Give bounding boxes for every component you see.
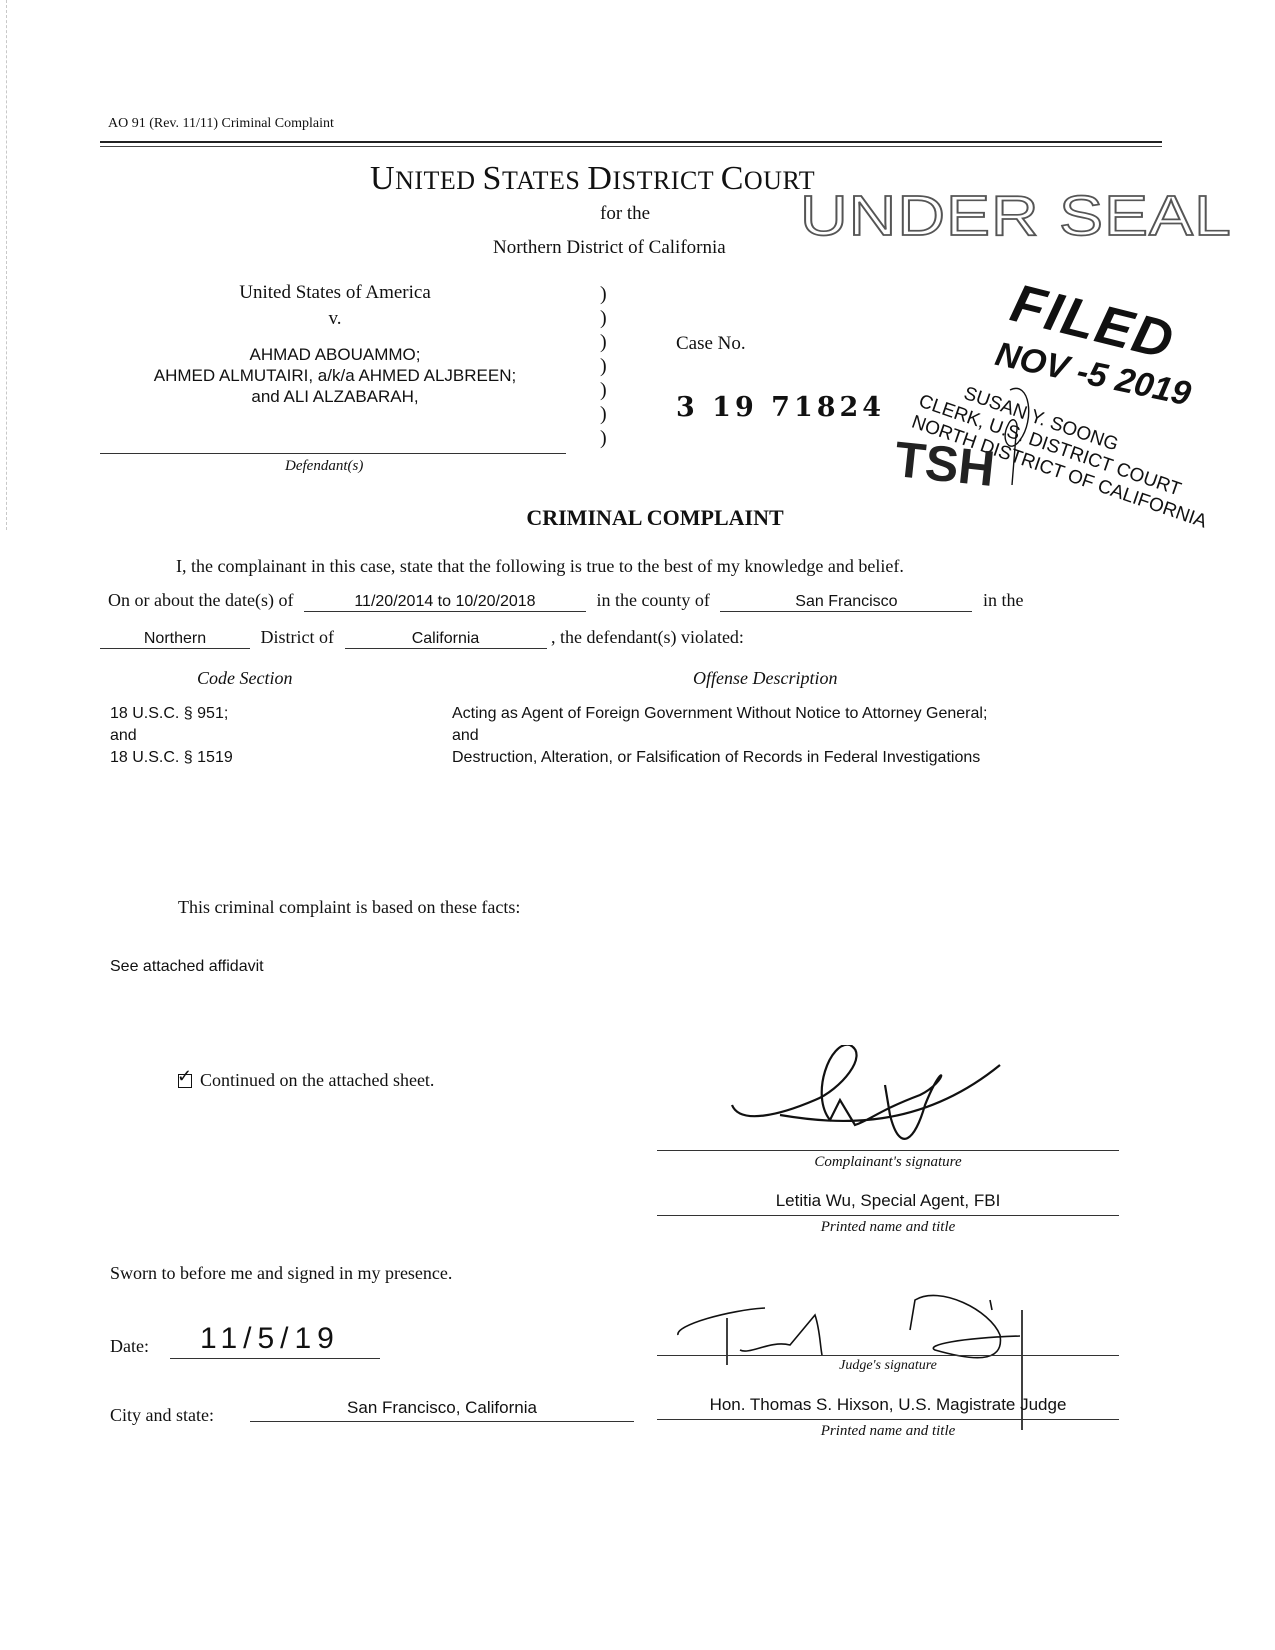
continued-label: Continued on the attached sheet. — [200, 1070, 434, 1091]
complainant-name-line — [657, 1215, 1119, 1216]
date-line — [170, 1358, 380, 1359]
complainant-printed-name: Letitia Wu, Special Agent, FBI — [657, 1191, 1119, 1211]
state-field: California — [345, 630, 547, 649]
district-line: Northern District of California , the de… — [100, 627, 744, 649]
for-the-label: for the — [600, 203, 650, 225]
attestation-statement: I, the complainant in this case, state t… — [176, 556, 904, 577]
judge-name-caption: Printed name and title — [657, 1423, 1119, 1440]
judge-initials-stamp: TSH — [892, 430, 998, 498]
code-section-1: 18 U.S.C. § 951; — [110, 703, 233, 725]
form-identifier: AO 91 (Rev. 11/11) Criminal Complaint — [108, 116, 334, 132]
city-state-label: City and state: — [110, 1405, 214, 1426]
handwritten-date: 11/5/19 — [200, 1322, 340, 1356]
district-name: Northern District of California — [493, 237, 726, 259]
code-section-header: Code Section — [197, 668, 292, 689]
continued-checkbox[interactable]: ✓ — [178, 1074, 192, 1088]
case-caption-parties: United States of America v. AHMAD ABOUAM… — [100, 282, 570, 407]
defendant-label: Defendant(s) — [285, 458, 363, 475]
clerk-signature-loop — [990, 380, 1040, 490]
offense-descriptions: Acting as Agent of Foreign Government Wi… — [452, 703, 987, 769]
court-name: UNITED STATES DISTRICT COURT — [370, 160, 815, 198]
scan-edge-artifact — [6, 0, 8, 530]
complainant-signature-caption: Complainant's signature — [657, 1154, 1119, 1171]
versus-label: v. — [100, 308, 570, 330]
city-state-value: San Francisco, California — [250, 1398, 634, 1418]
offense-description-1: Acting as Agent of Foreign Government Wi… — [452, 703, 987, 725]
defendant-2: AHMED ALMUTAIRI, a/k/a AHMED ALJBREEN; — [100, 365, 570, 386]
defendant-rule — [100, 453, 566, 454]
defendant-3: and ALI ALZABARAH, — [100, 386, 570, 407]
plaintiff-name: United States of America — [100, 282, 570, 304]
facts-label: This criminal complaint is based on thes… — [178, 897, 520, 918]
judge-printed-name: Hon. Thomas S. Hixson, U.S. Magistrate J… — [657, 1395, 1119, 1415]
header-rule — [100, 141, 1162, 143]
district-direction-field: Northern — [100, 630, 250, 649]
date-label: Date: — [110, 1336, 149, 1357]
continued-sheet-row: ✓ Continued on the attached sheet. — [178, 1070, 434, 1091]
complainant-signature-line — [657, 1150, 1119, 1151]
checkmark-icon: ✓ — [177, 1067, 192, 1085]
code-section-2: 18 U.S.C. § 1519 — [110, 747, 233, 769]
complainant-name-caption: Printed name and title — [657, 1219, 1119, 1236]
county-field: San Francisco — [720, 593, 972, 612]
defendant-names: AHMAD ABOUAMMO; AHMED ALMUTAIRI, a/k/a A… — [100, 344, 570, 407]
sworn-statement: Sworn to before me and signed in my pres… — [110, 1263, 452, 1284]
case-number: 3 19 71824 — [676, 392, 885, 423]
offense-description-2: Destruction, Alteration, or Falsificatio… — [452, 747, 987, 769]
judge-name-line — [657, 1419, 1119, 1420]
case-number-label: Case No. — [676, 333, 746, 355]
judge-signature-caption: Judge's signature — [657, 1358, 1119, 1374]
offense-date-county-line: On or about the date(s) of 11/20/2014 to… — [108, 590, 1023, 612]
offense-description-header: Offense Description — [693, 668, 837, 689]
code-sections: 18 U.S.C. § 951; and 18 U.S.C. § 1519 — [110, 703, 233, 769]
under-seal-stamp: UNDER SEAL — [800, 183, 1232, 248]
defendant-1: AHMAD ABOUAMMO; — [100, 344, 570, 365]
header-rule-secondary — [100, 146, 1162, 147]
document-title: CRIMINAL COMPLAINT — [0, 505, 1210, 531]
date-range-field: 11/20/2014 to 10/20/2018 — [304, 593, 586, 612]
city-state-line — [250, 1421, 634, 1422]
judge-signature-line — [657, 1355, 1119, 1356]
complainant-signature — [720, 1045, 1020, 1165]
caption-parens: ))))))) — [600, 282, 607, 450]
facts-text: See attached affidavit — [110, 958, 264, 976]
